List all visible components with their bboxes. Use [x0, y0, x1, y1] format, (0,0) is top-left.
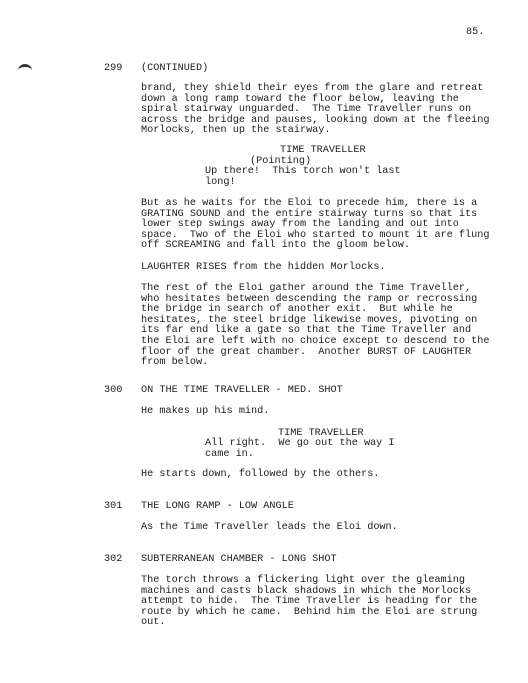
- action-text: He starts down, followed by the others.: [141, 470, 379, 481]
- page-number: 85.: [466, 28, 484, 39]
- action-text: The rest of the Eloi gather around the T…: [141, 284, 489, 369]
- scene-number-302: 302: [104, 555, 122, 566]
- dialogue-text: Up there! This torch won't last long!: [205, 167, 401, 188]
- scene-number-301: 301: [104, 502, 122, 513]
- action-text: But as he waits for the Eloi to precede …: [141, 199, 489, 252]
- dialogue-text: All right. We go out the way I came in.: [205, 439, 395, 460]
- action-text: brand, they shield their eyes from the g…: [141, 84, 489, 137]
- action-text: LAUGHTER RISES from the hidden Morlocks.: [141, 263, 386, 274]
- action-text: As the Time Traveller leads the Eloi dow…: [141, 523, 398, 534]
- binder-hole-mark: [18, 64, 32, 77]
- scene-heading-300: ON THE TIME TRAVELLER - MED. SHOT: [141, 386, 343, 397]
- character-name: TIME TRAVELLER: [280, 146, 366, 157]
- action-text: The torch throws a flickering light over…: [141, 576, 477, 629]
- scene-heading-302: SUBTERRANEAN CHAMBER - LONG SHOT: [141, 555, 337, 566]
- scene-heading-299: (CONTINUED): [141, 64, 208, 75]
- action-text: He makes up his mind.: [141, 407, 269, 418]
- scene-number-299: 299: [104, 64, 122, 75]
- scene-heading-301: THE LONG RAMP - LOW ANGLE: [141, 502, 294, 513]
- scene-number-300: 300: [104, 386, 122, 397]
